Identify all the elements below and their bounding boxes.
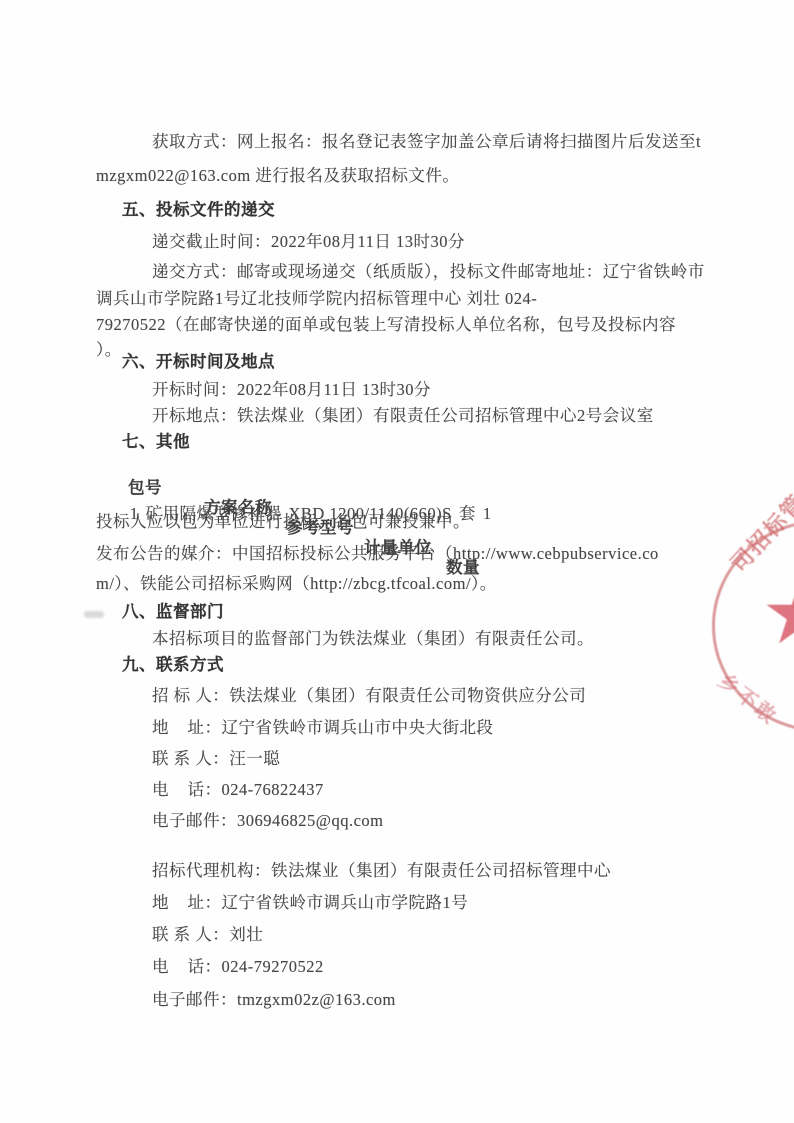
agency-phone-line: 电 话：024-79270522 bbox=[152, 953, 324, 975]
tenderer-address-label: 地 址： bbox=[152, 714, 222, 738]
tenderer-contact-person-value: 汪一聪 bbox=[229, 749, 280, 768]
tenderer-name-value: 铁法煤业（集团）有限责任公司物资供应分公司 bbox=[229, 686, 586, 705]
agency-name-value: 铁法煤业（集团）有限责任公司招标管理中心 bbox=[271, 861, 611, 880]
submission-method-line-1: 递交方式：邮寄或现场递交（纸质版），投标文件邮寄地址：辽宁省铁岭市 bbox=[152, 258, 705, 280]
document-body: 获取方式：网上报名：报名登记表签字加盖公章后请将扫描图片后发送至t mzgxm0… bbox=[96, 0, 736, 1123]
section-9-heading: 九、联系方式 bbox=[122, 651, 224, 673]
agency-address-line: 地 址：辽宁省铁岭市调兵山市学院路1号 bbox=[152, 889, 468, 911]
intro-line-2: mzgxm022@163.com 进行报名及获取招标文件。 bbox=[96, 162, 459, 184]
submission-method-line-2: 调兵山市学院路1号辽北技师学院内招标管理中心 刘壮 024- bbox=[96, 285, 537, 307]
agency-name-label: 招标代理机构： bbox=[152, 857, 271, 881]
agency-contact-person-line: 联 系 人：刘壮 bbox=[152, 921, 263, 943]
tenderer-contact-person-line: 联 系 人：汪一聪 bbox=[152, 745, 280, 767]
tenderer-address-line: 地 址：辽宁省铁岭市调兵山市中央大街北段 bbox=[152, 714, 494, 736]
tenderer-phone-value: 024-76822437 bbox=[222, 780, 324, 799]
opening-place: 开标地点：铁法煤业（集团）有限责任公司招标管理中心2号会议室 bbox=[152, 402, 654, 424]
section-7-heading: 七、其他 bbox=[122, 428, 190, 450]
section-5-heading: 五、投标文件的递交 bbox=[122, 196, 275, 218]
agency-contact-person-label: 联 系 人： bbox=[152, 921, 229, 945]
bidding-note: 投标人应以包为单位进行投标，各包可兼投兼中。 bbox=[96, 508, 470, 530]
cell-quantity: 1 bbox=[483, 504, 492, 523]
agency-phone-label: 电 话： bbox=[152, 953, 222, 977]
tenderer-email-label: 电子邮件： bbox=[152, 807, 237, 831]
package-table-row: 1矿用隔爆型修补器XBD 1200/1140(660)S套1 bbox=[102, 480, 499, 502]
agency-address-value: 辽宁省铁岭市调兵山市学院路1号 bbox=[222, 893, 469, 912]
scan-artifact-smudge bbox=[84, 611, 104, 618]
agency-phone-value: 024-79270522 bbox=[222, 957, 324, 976]
tenderer-address-value: 辽宁省铁岭市调兵山市中央大街北段 bbox=[222, 718, 494, 737]
tenderer-phone-label: 电 话： bbox=[152, 776, 222, 800]
tenderer-name-line: 招 标 人：铁法煤业（集团）有限责任公司物资供应分公司 bbox=[152, 682, 586, 704]
media-line-2: m/）、铁能公司招标采购网（http://zbcg.tfcoal.com/）。 bbox=[96, 570, 497, 592]
submission-deadline: 递交截止时间：2022年08月11日 13时30分 bbox=[152, 228, 465, 250]
agency-email-line: 电子邮件：tmzgxm02z@163.com bbox=[152, 986, 396, 1008]
submission-method-line-3: 79270522（在邮寄快递的面单或包装上写清投标人单位名称，包号及投标内容 bbox=[96, 311, 676, 333]
agency-name-line: 招标代理机构：铁法煤业（集团）有限责任公司招标管理中心 bbox=[152, 857, 611, 879]
package-table-header: 包号 方案名称 参考型号 计量单位 数量 bbox=[96, 454, 124, 476]
agency-email-value: tmzgxm02z@163.com bbox=[237, 990, 396, 1009]
section-8-heading: 八、监督部门 bbox=[122, 598, 224, 620]
agency-email-label: 电子邮件： bbox=[152, 986, 237, 1010]
tenderer-email-value: 306946825@qq.com bbox=[237, 811, 383, 830]
intro-line-1: 获取方式：网上报名：报名登记表签字加盖公章后请将扫描图片后发送至t bbox=[152, 128, 701, 150]
agency-address-label: 地 址： bbox=[152, 889, 222, 913]
tenderer-name-label: 招 标 人： bbox=[152, 682, 229, 706]
agency-contact-person-value: 刘壮 bbox=[229, 925, 263, 944]
opening-time: 开标时间：2022年08月11日 13时30分 bbox=[152, 376, 431, 398]
section-6-heading: 六、开标时间及地点 bbox=[122, 348, 275, 370]
submission-method-line-4: ）。 bbox=[96, 336, 122, 358]
tenderer-contact-person-label: 联 系 人： bbox=[152, 745, 229, 769]
tenderer-email-line: 电子邮件：306946825@qq.com bbox=[152, 807, 383, 829]
supervision-body: 本招标项目的监督部门为铁法煤业（集团）有限责任公司。 bbox=[152, 625, 594, 647]
tenderer-phone-line: 电 话：024-76822437 bbox=[152, 776, 324, 798]
stamp-star-icon: ★ bbox=[761, 571, 794, 657]
scanned-tender-document-page: 获取方式：网上报名：报名登记表签字加盖公章后请将扫描图片后发送至t mzgxm0… bbox=[0, 0, 794, 1123]
media-line-1: 发布公告的媒介：中国招标投标公共服务平台（http://www.cebpubse… bbox=[96, 540, 659, 562]
